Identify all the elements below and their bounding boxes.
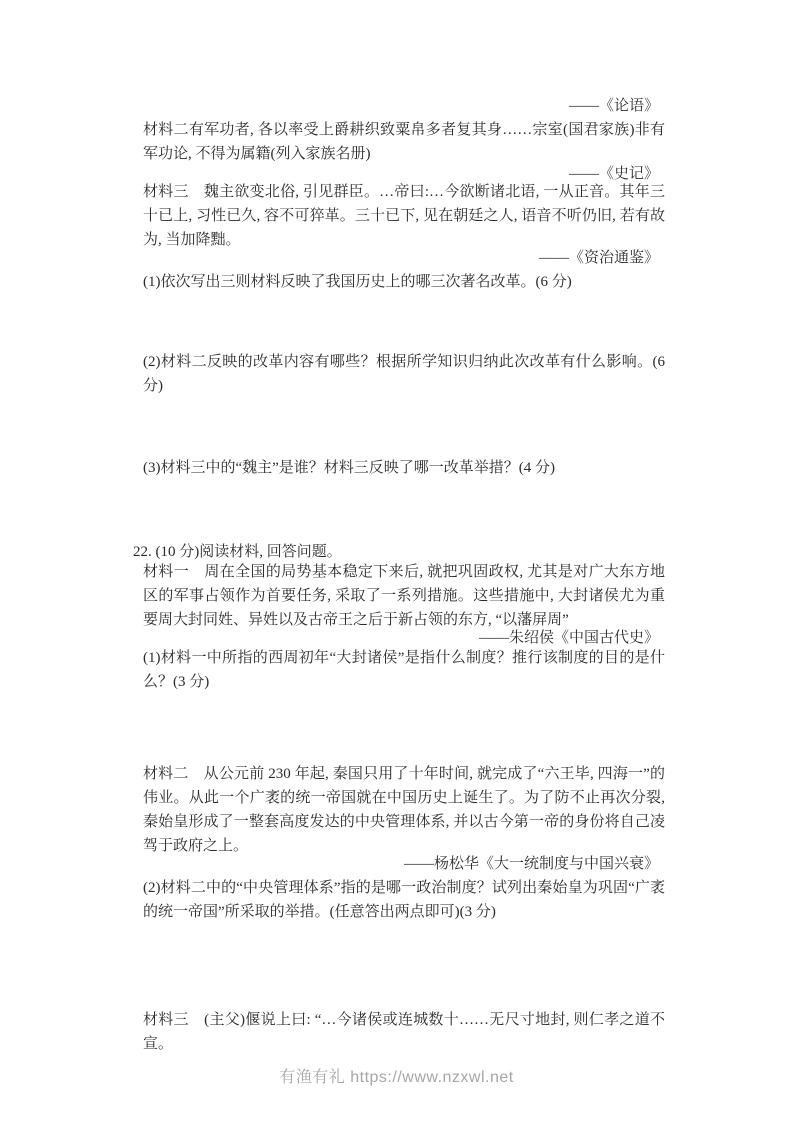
exam-content-column: ——《论语》 材料二有军功者, 各以率受上爵耕织致粟帛多者复其身……宗室(国君家… [133,0,665,1056]
watermark-footer: 有渔有礼 https://www.nzxwl.net [0,1064,793,1087]
q21-subquestion-3: (3)材料三中的“魏主”是谁？材料三反映了哪一改革举措？(4 分) [143,456,665,480]
q21-subquestion-2: (2)材料二反映的改革内容有哪些？根据所学知识归纳此次改革有什么影响。(6 分) [143,350,665,398]
q22-material3-text: 材料三 (主父)偃说上曰: “…今诸侯或连城数十……无尺寸地封, 则仁孝之道不宣… [143,1008,665,1056]
q21-material2-text: 材料二有军功者, 各以率受上爵耕织致粟帛多者复其身……宗室(国君家族)非有军功论… [143,118,665,166]
q22-subquestion-2: (2)材料二中的“中央管理体系”指的是哪一政治制度？试列出秦始皇为巩固“广袤的统… [143,876,665,924]
q21-subquestion-1: (1)依次写出三则材料反映了我国历史上的哪三次著名改革。(6 分) [143,270,665,294]
q21-source-lunyu: ——《论语》 [143,94,665,118]
q22-material1-text: 材料一 周在全国的局势基本稳定下来后, 就把巩固政权, 尤其是对广大东方地区的军… [143,560,665,632]
q21-material3-text: 材料三 魏主欲变北俗, 引见群臣。…帝曰:…今欲断诸北语, 一从正音。其年三十已… [143,180,665,252]
exam-page: ——《论语》 材料二有军功者, 各以率受上爵耕织致粟帛多者复其身……宗室(国君家… [0,0,793,1122]
q22-subquestion-1: (1)材料一中所指的西周初年“大封诸侯”是指什么制度？推行该制度的目的是什么？(… [143,646,665,694]
q22-material2-text: 材料二 从公元前 230 年起, 秦国只用了十年时间, 就完成了“六王毕, 四海… [143,762,665,858]
